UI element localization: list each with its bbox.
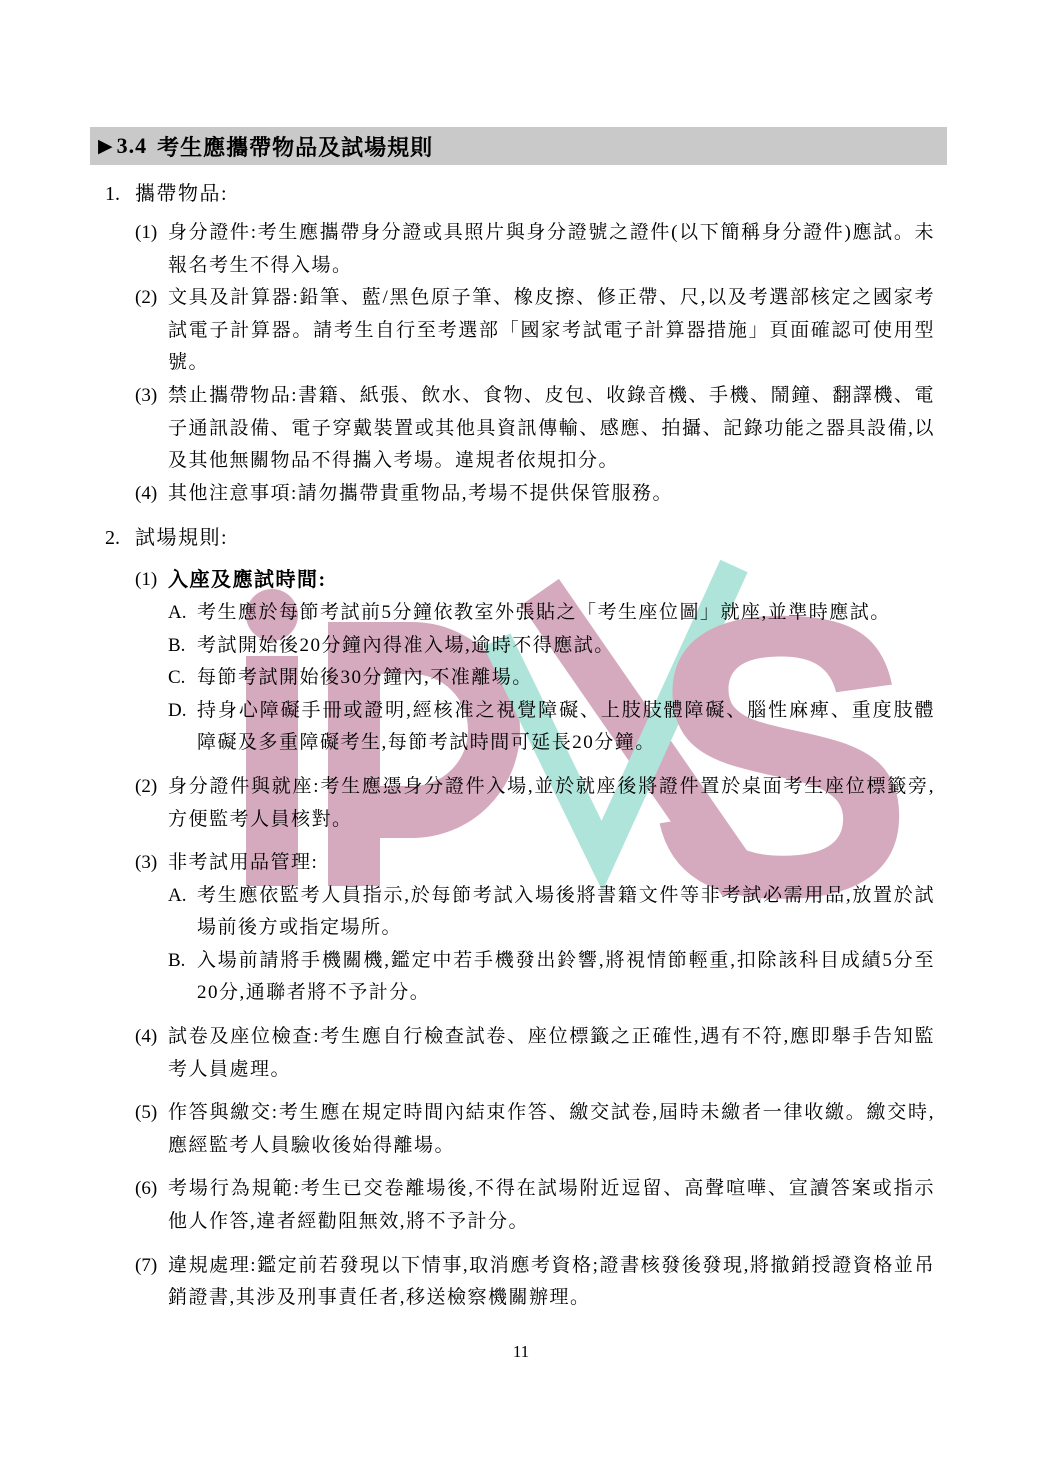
sub-item: D. 持身心障礙手冊或證明,經核准之視覺障礙、上肢肢體障礙、腦性麻痺、重度肢體障… — [168, 695, 935, 760]
sub-item-label: A. — [168, 880, 197, 945]
item-text: 其他注意事項:請勿攜帶貴重物品,考場不提供保管服務。 — [168, 478, 935, 511]
sub-item: A. 考生應依監考人員指示,於每節考試入場後將書籍文件等非考試必需用品,放置於試… — [168, 880, 935, 945]
item-text: 禁止攜帶物品:書籍、紙張、飲水、食物、皮包、收錄音機、手機、鬧鐘、翻譯機、電子通… — [168, 380, 935, 478]
sub-item-text: 入場前請將手機關機,鑑定中若手機發出鈴響,將視情節輕重,扣除該科目成績5分至20… — [197, 945, 935, 1010]
item-text: 非考試用品管理: — [168, 847, 935, 880]
item-label: (5) — [135, 1097, 168, 1130]
list-item: (2) 文具及計算器:鉛筆、藍/黑色原子筆、橡皮擦、修正帶、尺,以及考選部核定之… — [135, 282, 935, 380]
item-text: 身分證件與就座:考生應憑身分證件入場,並於就座後將證件置於桌面考生座位標籤旁,方… — [168, 771, 935, 836]
item-heading: 入座及應試時間: — [168, 564, 935, 597]
sub-item-label: A. — [168, 597, 197, 630]
item-text: 文具及計算器:鉛筆、藍/黑色原子筆、橡皮擦、修正帶、尺,以及考選部核定之國家考試… — [168, 282, 935, 380]
list-item: (4) 其他注意事項:請勿攜帶貴重物品,考場不提供保管服務。 — [135, 478, 935, 511]
list-item: (3) 禁止攜帶物品:書籍、紙張、飲水、食物、皮包、收錄音機、手機、鬧鐘、翻譯機… — [135, 380, 935, 478]
sub-item-label: B. — [168, 945, 197, 1010]
item-label: (2) — [135, 771, 168, 804]
list-heading-rules: 2. 試場規則: — [105, 522, 935, 554]
item-text: 違規處理:鑑定前若發現以下情事,取消應考資格;證書核發後發現,將撤銷授證資格並吊… — [168, 1250, 935, 1315]
items-list: (1) 身分證件:考生應攜帶身分證或具照片與身分證號之證件(以下簡稱身分證件)應… — [135, 217, 935, 510]
list-heading-items: 1. 攜帶物品: — [105, 178, 935, 210]
heading-title: 攜帶物品: — [135, 178, 228, 210]
heading-number: 2. — [105, 522, 135, 554]
item-label: (1) — [135, 217, 168, 250]
item-label: (6) — [135, 1173, 168, 1206]
item-text: 作答與繳交:考生應在規定時間內結束作答、繳交試卷,屆時未繳者一律收繳。繳交時,應… — [168, 1097, 935, 1162]
list-item: (4) 試卷及座位檢查:考生應自行檢查試卷、座位標籤之正確性,遇有不符,應即舉手… — [135, 1021, 935, 1086]
item-label: (4) — [135, 478, 168, 511]
item-text: 試卷及座位檢查:考生應自行檢查試卷、座位標籤之正確性,遇有不符,應即舉手告知監考… — [168, 1021, 935, 1086]
item-label: (3) — [135, 380, 168, 413]
document-page: S ▶ 3.4 考生應攜帶物品及試場規則 1. 攜帶物品: (1) 身分證件:考… — [0, 0, 1042, 1474]
sub-item-label: D. — [168, 695, 197, 760]
document-content: ▶ 3.4 考生應攜帶物品及試場規則 1. 攜帶物品: (1) 身分證件:考生應… — [0, 0, 1042, 1315]
list-item: (3) 非考試用品管理: A. 考生應依監考人員指示,於每節考試入場後將書籍文件… — [135, 847, 935, 1010]
sub-item-text: 考生應依監考人員指示,於每節考試入場後將書籍文件等非考試必需用品,放置於試場前後… — [197, 880, 935, 945]
sub-item-text: 考生應於每節考試前5分鐘依教室外張貼之「考生座位圖」就座,並準時應試。 — [197, 597, 935, 630]
heading-number: 1. — [105, 178, 135, 210]
sub-item-label: C. — [168, 662, 197, 695]
section-number: 3.4 — [117, 133, 148, 159]
section-header-bar: ▶ 3.4 考生應攜帶物品及試場規則 — [90, 127, 947, 165]
sub-item: A. 考生應於每節考試前5分鐘依教室外張貼之「考生座位圖」就座,並準時應試。 — [168, 597, 935, 630]
sub-item: C. 每節考試開始後30分鐘內,不准離場。 — [168, 662, 935, 695]
sub-item-text: 每節考試開始後30分鐘內,不准離場。 — [197, 662, 935, 695]
item-label: (3) — [135, 847, 168, 880]
heading-title: 試場規則: — [135, 522, 228, 554]
rules-list: (1) 入座及應試時間: A. 考生應於每節考試前5分鐘依教室外張貼之「考生座位… — [135, 564, 935, 1314]
sub-item-label: B. — [168, 630, 197, 663]
item-label: (2) — [135, 282, 168, 315]
item-label: (4) — [135, 1021, 168, 1054]
list-item: (7) 違規處理:鑑定前若發現以下情事,取消應考資格;證書核發後發現,將撤銷授證… — [135, 1250, 935, 1315]
item-label: (1) — [135, 564, 168, 597]
sub-item: B. 入場前請將手機關機,鑑定中若手機發出鈴響,將視情節輕重,扣除該科目成績5分… — [168, 945, 935, 1010]
list-item: (6) 考場行為規範:考生已交卷離場後,不得在試場附近逗留、高聲喧嘩、宣讀答案或… — [135, 1173, 935, 1238]
sub-item-text: 持身心障礙手冊或證明,經核准之視覺障礙、上肢肢體障礙、腦性麻痺、重度肢體障礙及多… — [197, 695, 935, 760]
page-number: 11 — [0, 1342, 1042, 1362]
sub-item-text: 考試開始後20分鐘內得准入場,逾時不得應試。 — [197, 630, 935, 663]
item-text: 考場行為規範:考生已交卷離場後,不得在試場附近逗留、高聲喧嘩、宣讀答案或指示他人… — [168, 1173, 935, 1238]
list-item: (1) 入座及應試時間: A. 考生應於每節考試前5分鐘依教室外張貼之「考生座位… — [135, 564, 935, 760]
list-item: (2) 身分證件與就座:考生應憑身分證件入場,並於就座後將證件置於桌面考生座位標… — [135, 771, 935, 836]
item-text: 身分證件:考生應攜帶身分證或具照片與身分證號之證件(以下簡稱身分證件)應試。未報… — [168, 217, 935, 282]
arrow-bullet-icon: ▶ — [98, 137, 114, 156]
list-item: (5) 作答與繳交:考生應在規定時間內結束作答、繳交試卷,屆時未繳者一律收繳。繳… — [135, 1097, 935, 1162]
section-title: 考生應攜帶物品及試場規則 — [157, 131, 433, 162]
item-label: (7) — [135, 1250, 168, 1283]
list-item: (1) 身分證件:考生應攜帶身分證或具照片與身分證號之證件(以下簡稱身分證件)應… — [135, 217, 935, 282]
sub-item: B. 考試開始後20分鐘內得准入場,逾時不得應試。 — [168, 630, 935, 663]
